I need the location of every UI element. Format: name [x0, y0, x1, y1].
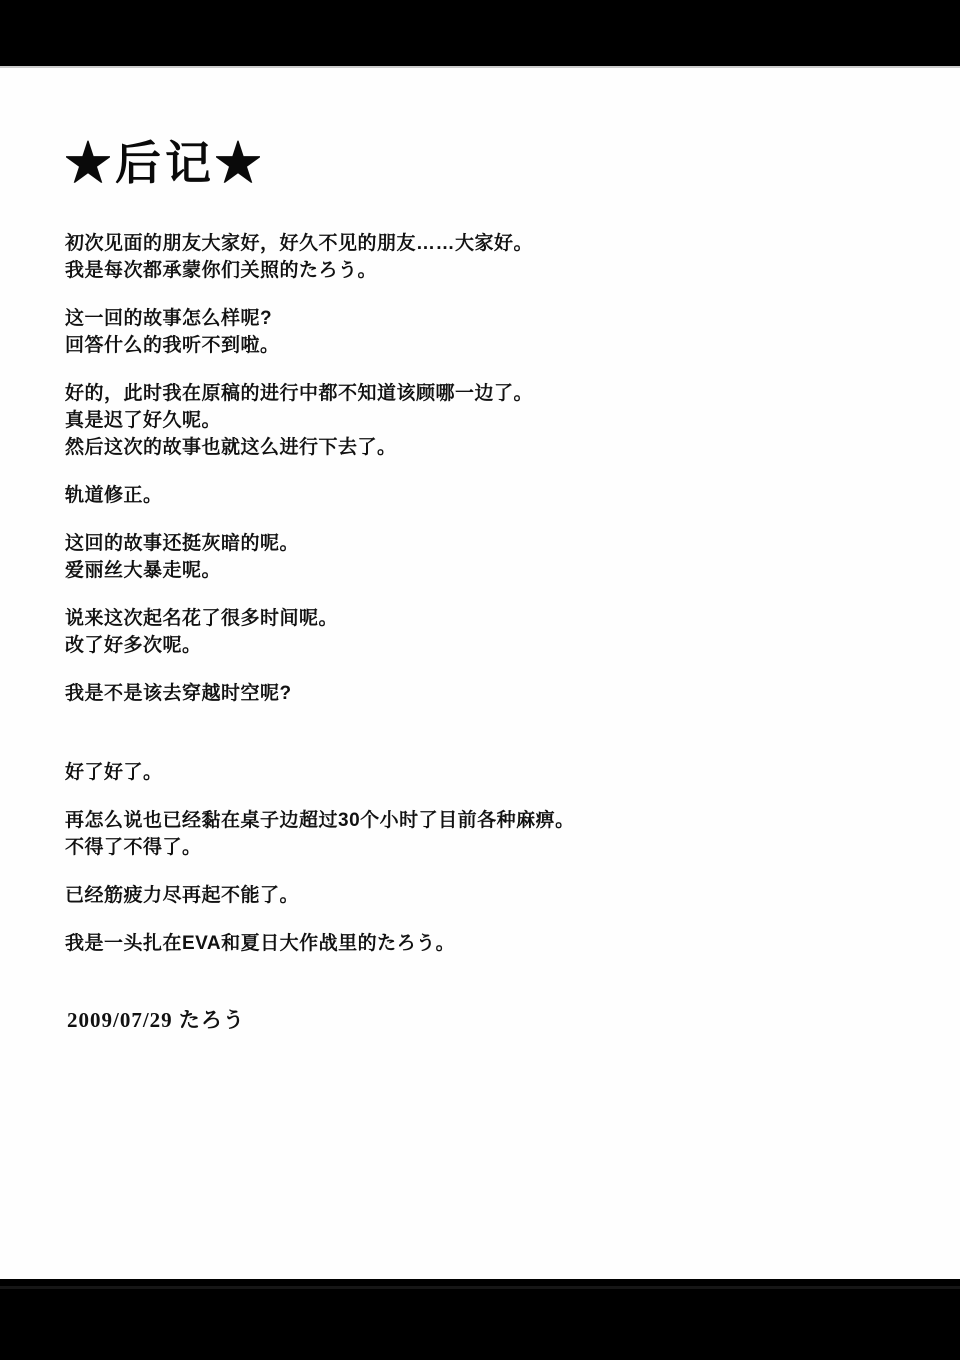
paragraph: 说来这次起名花了很多时间呢。改了好多次呢。 [65, 605, 895, 659]
text-line: 说来这次起名花了很多时间呢。 [65, 605, 895, 632]
paragraph: 我是不是该去穿越时空呢? [65, 680, 895, 707]
text-line: 我是一头扎在EVA和夏日大作战里的たろう。 [65, 930, 895, 957]
text-line: 真是迟了好久呢。 [65, 407, 895, 434]
afterword-body: 初次见面的朋友大家好，好久不见的朋友……大家好。我是每次都承蒙你们关照的たろう。… [65, 230, 895, 957]
page-title: ★后记★ [65, 138, 895, 188]
paragraph: 这回的故事还挺灰暗的呢。爱丽丝大暴走呢。 [65, 530, 895, 584]
text-line: 初次见面的朋友大家好，好久不见的朋友……大家好。 [65, 230, 895, 257]
text-line: 我是不是该去穿越时空呢? [65, 680, 895, 707]
paragraph: 已经筋疲力尽再起不能了。 [65, 882, 895, 909]
paragraph: 好了好了。 [65, 759, 895, 786]
paragraph: 好的，此时我在原稿的进行中都不知道该顾哪一边了。真是迟了好久呢。然后这次的故事也… [65, 380, 895, 461]
text-line: 这一回的故事怎么样呢? [65, 305, 895, 332]
page-content: ★后记★ 初次见面的朋友大家好，好久不见的朋友……大家好。我是每次都承蒙你们关照… [0, 68, 960, 1033]
paragraph: 我是一头扎在EVA和夏日大作战里的たろう。 [65, 930, 895, 957]
paragraph: 再怎么说也已经黏在桌子边超过30个小时了目前各种麻痹。不得了不得了。 [65, 807, 895, 861]
text-line: 好了好了。 [65, 759, 895, 786]
text-line: 爱丽丝大暴走呢。 [65, 557, 895, 584]
text-line: 然后这次的故事也就这么进行下去了。 [65, 434, 895, 461]
paragraph: 轨道修正。 [65, 482, 895, 509]
date-signature: 2009/07/29 たろう [67, 1007, 895, 1033]
text-line: 改了好多次呢。 [65, 632, 895, 659]
text-line: 好的，此时我在原稿的进行中都不知道该顾哪一边了。 [65, 380, 895, 407]
text-line: 我是每次都承蒙你们关照的たろう。 [65, 257, 895, 284]
text-line: 轨道修正。 [65, 482, 895, 509]
text-line: 再怎么说也已经黏在桌子边超过30个小时了目前各种麻痹。 [65, 807, 895, 834]
paragraph: 这一回的故事怎么样呢?回答什么的我听不到啦。 [65, 305, 895, 359]
afterword-page: ★后记★ 初次见面的朋友大家好，好久不见的朋友……大家好。我是每次都承蒙你们关照… [0, 0, 960, 1360]
text-line: 已经筋疲力尽再起不能了。 [65, 882, 895, 909]
text-line: 回答什么的我听不到啦。 [65, 332, 895, 359]
top-border-bar [0, 0, 960, 68]
text-line: 不得了不得了。 [65, 834, 895, 861]
text-line: 这回的故事还挺灰暗的呢。 [65, 530, 895, 557]
paragraph: 初次见面的朋友大家好，好久不见的朋友……大家好。我是每次都承蒙你们关照的たろう。 [65, 230, 895, 284]
bottom-border-bar [0, 1279, 960, 1360]
